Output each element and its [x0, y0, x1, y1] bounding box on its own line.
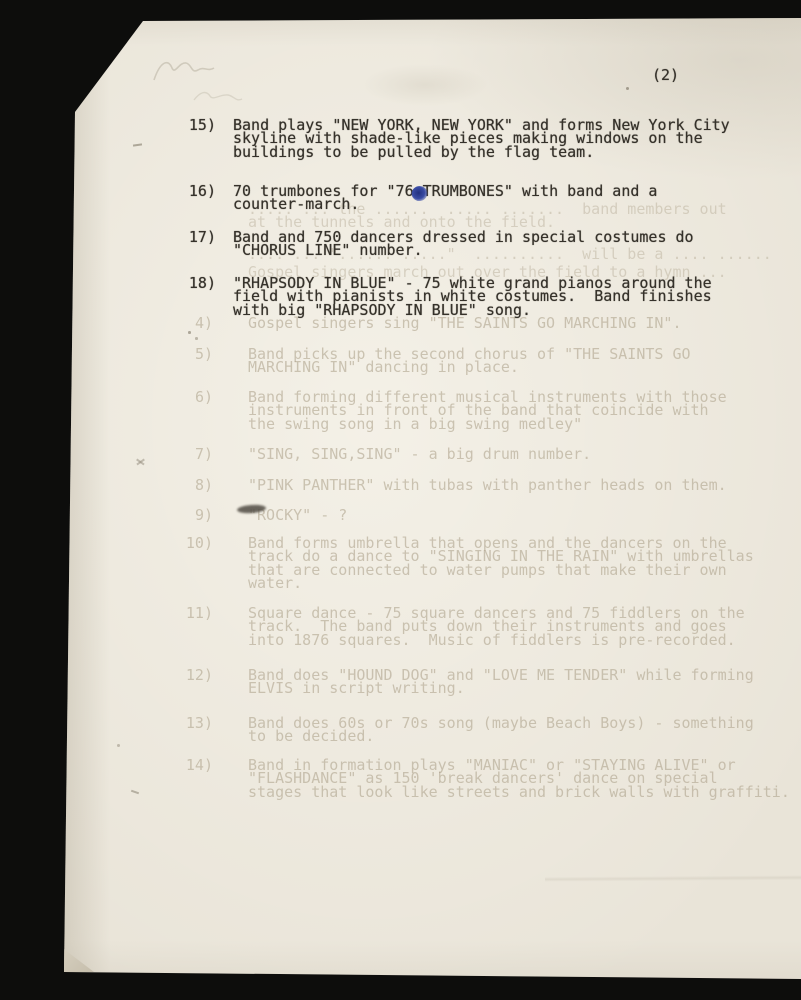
scanned-document: (2) ..... ... the ...... ..... ....... b…: [0, 0, 801, 1000]
ghost-item-line: "PINK PANTHER" with tubas with panther h…: [248, 478, 727, 492]
pencil-dot: [117, 744, 120, 747]
pencil-scribble: [148, 48, 258, 118]
pencil-dash: [131, 790, 139, 795]
ghost-item-line: that are connected to water pumps that m…: [248, 563, 727, 577]
paper-crease: [545, 875, 801, 882]
ghost-item-number: 5): [156, 347, 213, 361]
typed-item-number: 15): [159, 118, 216, 132]
ghost-item-number: 14): [156, 758, 213, 772]
paper-sheet: (2) ..... ... the ...... ..... ....... b…: [0, 0, 801, 1000]
ghost-item-line: at the tunnels and onto the field.: [248, 215, 555, 229]
ghost-item-number: 7): [156, 447, 213, 461]
ghost-item-number: 11): [156, 606, 213, 620]
ghost-item-line: the swing song in a big swing medley": [248, 417, 582, 431]
pencil-dot: [626, 87, 629, 90]
typed-item-line: with big "RHAPSODY IN BLUE" song.: [233, 303, 531, 317]
ghost-item-number: 10): [156, 536, 213, 550]
ghost-item-line: stages that look like streets and brick …: [248, 785, 790, 799]
ghost-item-line: MARCHING IN" dancing in place.: [248, 360, 519, 374]
ghost-item-line: to be decided.: [248, 729, 374, 743]
ghost-item-line: into 1876 squares. Music of fiddlers is …: [248, 633, 736, 647]
page-number: (2): [652, 66, 679, 84]
typed-item-line: counter-march.: [233, 197, 359, 211]
pencil-dot: [188, 331, 191, 334]
ghost-item-number: 6): [156, 390, 213, 404]
typed-item-line: "CHORUS LINE" number.: [233, 243, 423, 257]
pencil-dot: [195, 337, 198, 340]
typed-item-number: 17): [159, 230, 216, 244]
ghost-item-number: 12): [156, 668, 213, 682]
typed-item-number: 16): [159, 184, 216, 198]
ghost-item-line: ELVIS in script writing.: [248, 681, 465, 695]
ghost-item-number: 13): [156, 716, 213, 730]
ghost-item-number: 4): [156, 316, 213, 330]
ghost-item-number: 9): [156, 508, 213, 522]
ghost-item-line: "SING, SING,SING" - a big drum number.: [248, 447, 591, 461]
pencil-dash: [133, 143, 142, 146]
corner-fold: [64, 946, 94, 972]
typed-item-line: buildings to be pulled by the flag team.: [233, 145, 594, 159]
typed-item-number: 18): [159, 276, 216, 290]
ghost-item-line: water.: [248, 576, 302, 590]
ghost-item-number: 8): [156, 478, 213, 492]
